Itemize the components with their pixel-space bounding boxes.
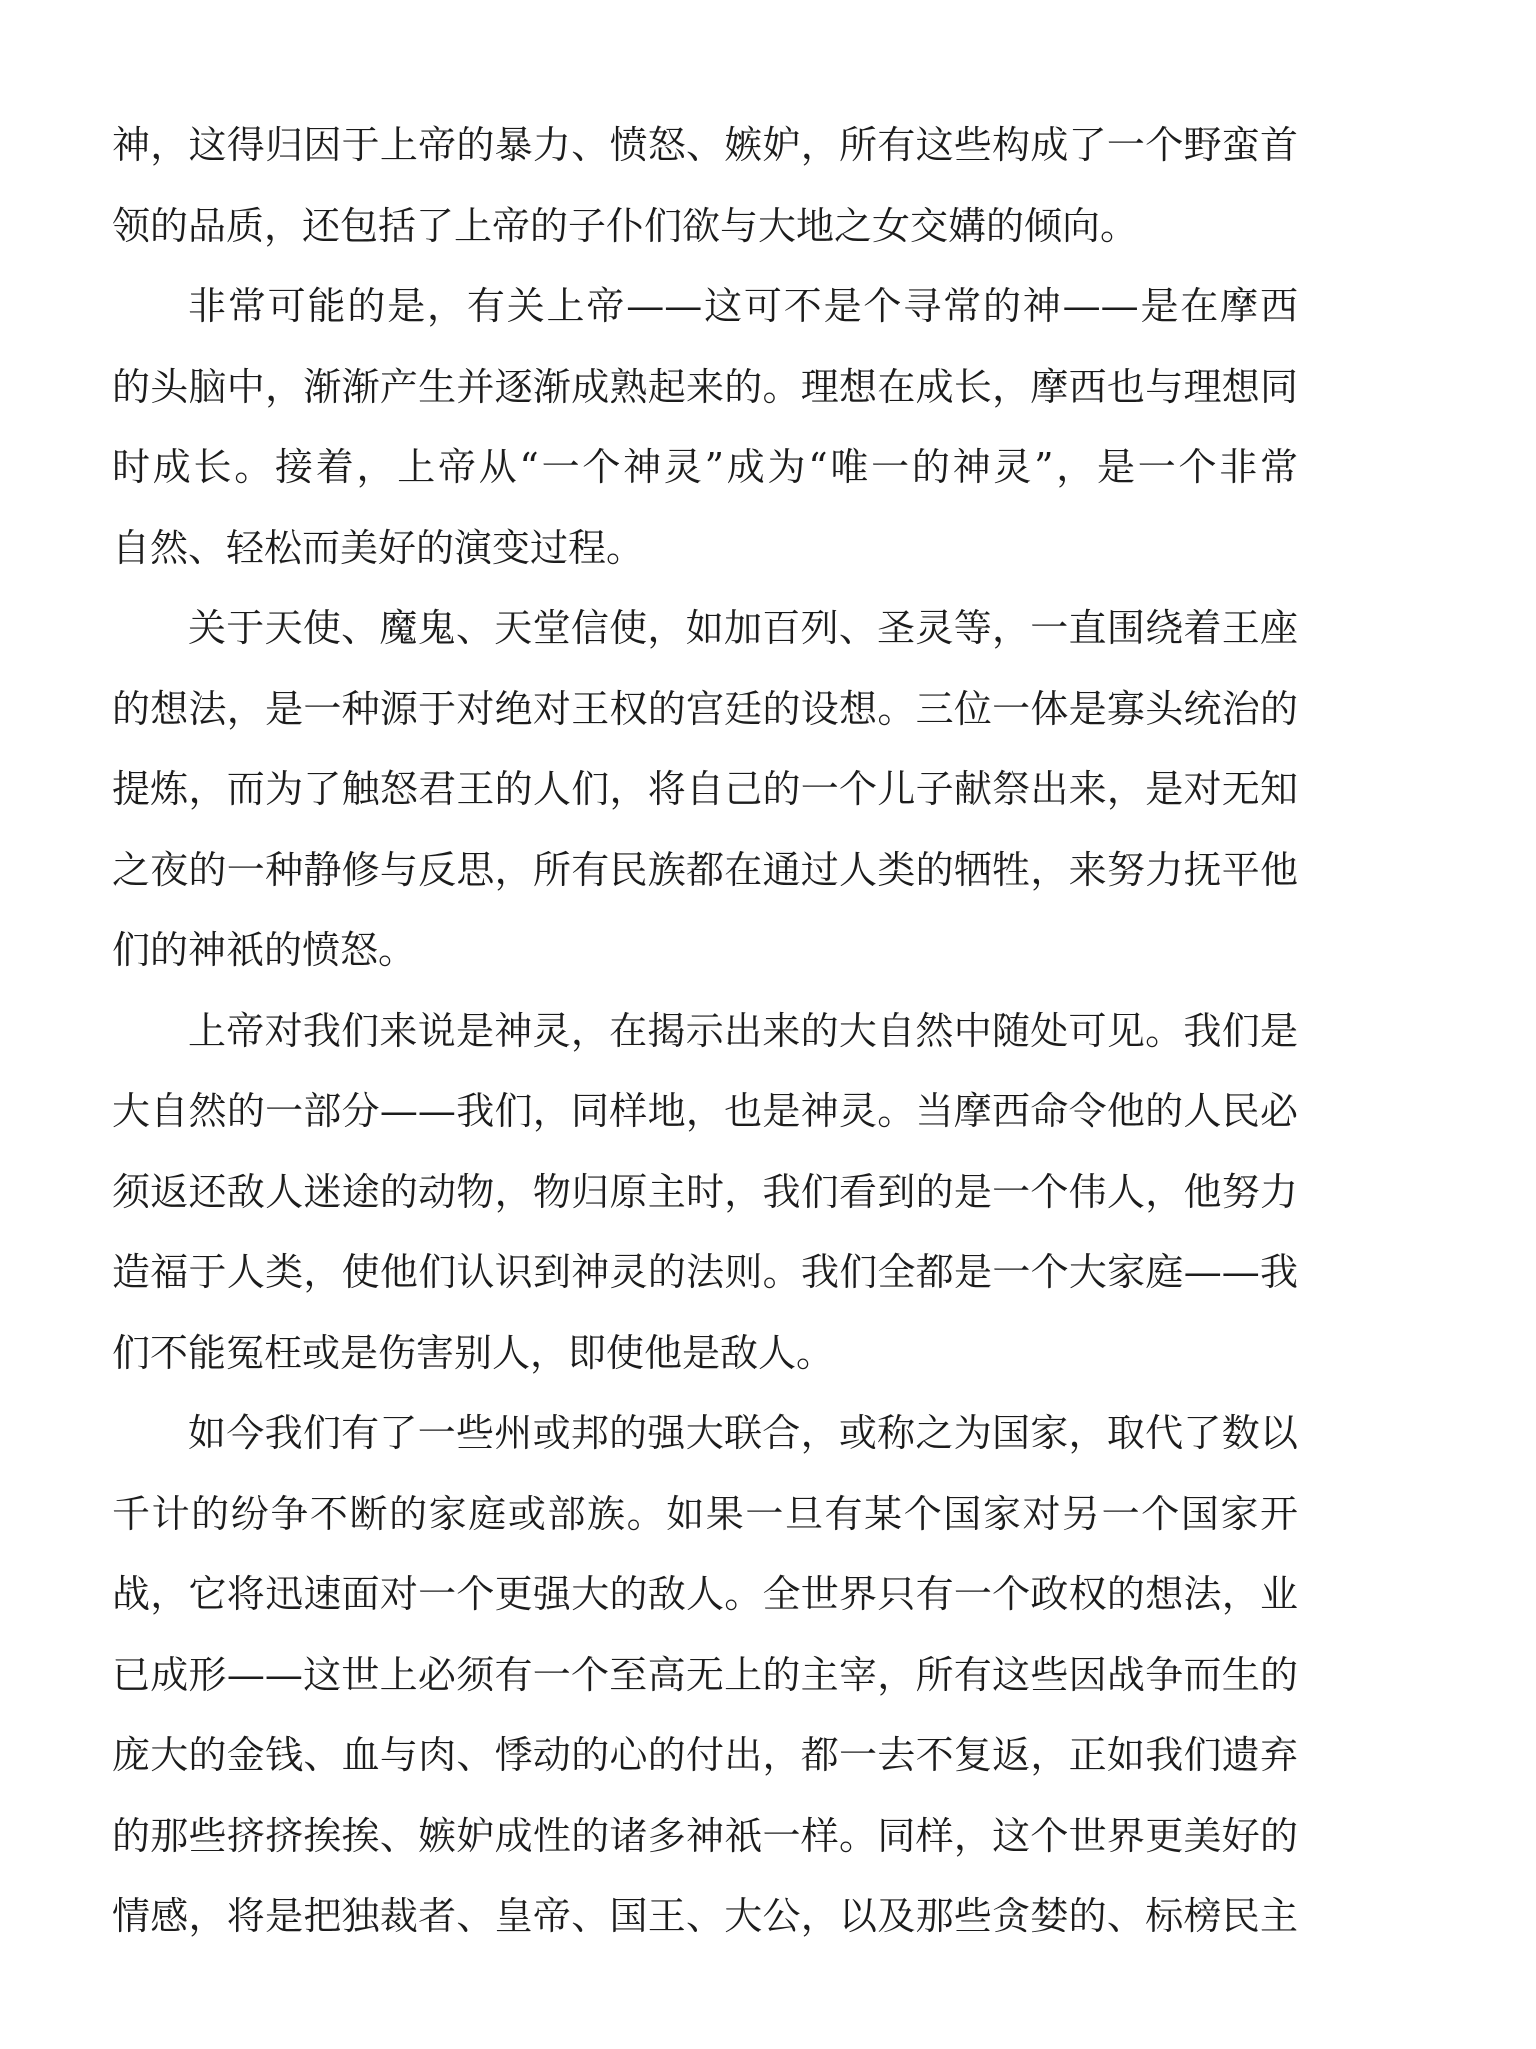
text-line: 的想法，是一种源于对绝对王权的宫廷的设想。三位一体是寡头统治的 xyxy=(112,669,1298,750)
text-line: 庞大的金钱、血与肉、悸动的心的付出，都一去不复返，正如我们遗弃 xyxy=(112,1715,1298,1796)
text-line: 时成长。接着，上帝从“一个神灵”成为“唯一的神灵”，是一个非常 xyxy=(112,427,1298,508)
text-line: 情感，将是把独裁者、皇帝、国王、大公，以及那些贪婪的、标榜民主 xyxy=(112,1876,1298,1957)
text-line: 大自然的一部分——我们，同样地，也是神灵。当摩西命令他的人民必 xyxy=(112,1071,1298,1152)
text-line: 须返还敌人迷途的动物，物归原主时，我们看到的是一个伟人，他努力 xyxy=(112,1152,1298,1233)
text-line: 神，这得归因于上帝的暴力、愤怒、嫉妒，所有这些构成了一个野蛮首 xyxy=(112,105,1298,186)
text-line: 们的神祇的愤怒。 xyxy=(112,910,1298,991)
text-line: 之夜的一种静修与反思，所有民族都在通过人类的牺牲，来努力抚平他 xyxy=(112,830,1298,911)
text-line: 关于天使、魔鬼、天堂信使，如加百列、圣灵等，一直围绕着王座 xyxy=(112,588,1298,669)
text-line: 如今我们有了一些州或邦的强大联合，或称之为国家，取代了数以 xyxy=(112,1393,1298,1474)
text-line: 领的品质，还包括了上帝的子仆们欲与大地之女交媾的倾向。 xyxy=(112,186,1298,267)
text-line: 非常可能的是，有关上帝——这可不是个寻常的神——是在摩西 xyxy=(112,266,1298,347)
text-line: 自然、轻松而美好的演变过程。 xyxy=(112,508,1298,589)
text-line: 的那些挤挤挨挨、嫉妒成性的诸多神祇一样。同样，这个世界更美好的 xyxy=(112,1796,1298,1877)
text-line: 的头脑中，渐渐产生并逐渐成熟起来的。理想在成长，摩西也与理想同 xyxy=(112,347,1298,428)
text-line: 上帝对我们来说是神灵，在揭示出来的大自然中随处可见。我们是 xyxy=(112,991,1298,1072)
text-line: 战，它将迅速面对一个更强大的敌人。全世界只有一个政权的想法，业 xyxy=(112,1554,1298,1635)
text-line: 千计的纷争不断的家庭或部族。如果一旦有某个国家对另一个国家开 xyxy=(112,1474,1298,1555)
text-line: 提炼，而为了触怒君王的人们，将自己的一个儿子献祭出来，是对无知 xyxy=(112,749,1298,830)
document-page: 神，这得归因于上帝的暴力、愤怒、嫉妒，所有这些构成了一个野蛮首领的品质，还包括了… xyxy=(0,0,1536,2049)
text-line: 造福于人类，使他们认识到神灵的法则。我们全都是一个大家庭——我 xyxy=(112,1232,1298,1313)
text-line: 们不能冤枉或是伤害别人，即使他是敌人。 xyxy=(112,1313,1298,1394)
text-line: 已成形——这世上必须有一个至高无上的主宰，所有这些因战争而生的 xyxy=(112,1635,1298,1716)
page-text: 神，这得归因于上帝的暴力、愤怒、嫉妒，所有这些构成了一个野蛮首领的品质，还包括了… xyxy=(112,105,1298,1957)
